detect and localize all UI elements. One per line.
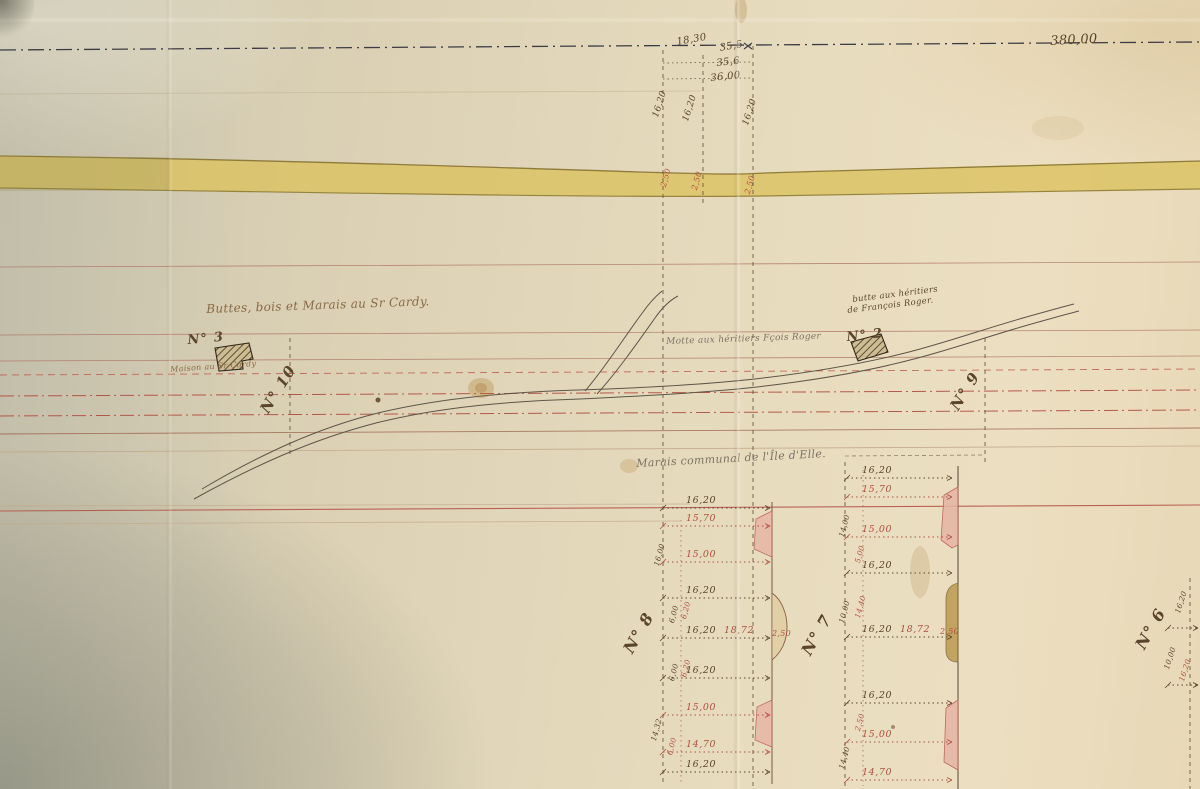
paper-tint-left	[0, 0, 300, 789]
horizontal-rule-lines	[0, 262, 1200, 524]
rung-line	[765, 508, 770, 511]
parcel-no8-label: N° 8	[621, 610, 657, 656]
rung-value: 16,20	[686, 666, 716, 676]
rung-line	[660, 769, 666, 775]
rung-line	[844, 739, 850, 745]
profile2-width: 2,50	[940, 628, 959, 636]
road-band	[0, 156, 1200, 196]
rung-value: 15,00	[686, 550, 716, 560]
rung-value: 16,20	[862, 466, 892, 476]
rung-line	[1193, 685, 1198, 688]
parcel-no3-label: N° 3	[187, 331, 225, 347]
rung-value: 14,70	[862, 768, 892, 778]
rung-line	[1193, 626, 1198, 629]
rung-value: 15,00	[862, 525, 892, 535]
rung-line	[765, 772, 770, 775]
rung-line	[765, 598, 770, 601]
rung-line	[844, 494, 850, 500]
paper-shadow-bottom-left	[0, 380, 560, 789]
rung-value: 18,72	[724, 626, 754, 636]
rung-line	[660, 712, 666, 718]
axis-dim-18-30: 18,30	[676, 33, 707, 48]
band-width-c: 2,50	[744, 175, 757, 195]
rung-line	[765, 678, 770, 681]
rung-line	[765, 715, 770, 718]
label-motte-roger: Motte aux héritiers Fçois Roger	[666, 333, 821, 347]
rung-line	[947, 476, 952, 479]
rung-line	[765, 526, 770, 529]
rung-line	[947, 635, 952, 638]
rung-value: 15,00	[686, 703, 716, 713]
rung-line	[947, 497, 952, 500]
paper-crease-top	[0, 17, 1200, 23]
rung-line	[660, 595, 666, 601]
rung-value: 18,72	[900, 625, 930, 635]
paper-highlight-top-left	[0, 0, 420, 240]
parcel-no6-label: N° 6	[1133, 606, 1169, 652]
paper-corner-shadow	[0, 0, 34, 40]
rung-line	[1193, 628, 1198, 631]
rung-line	[765, 770, 770, 773]
rung-line	[844, 634, 850, 640]
rung-line	[947, 637, 952, 640]
band-width-a: 2,50	[660, 168, 673, 188]
offset-dim-16-20-a: 16,20	[652, 90, 669, 119]
rung-line	[765, 560, 770, 563]
side-dim: 6,20	[680, 659, 692, 678]
rung-line	[1165, 682, 1171, 688]
side-dim: 6,20	[680, 601, 692, 620]
profile-cross-section-shapes	[754, 487, 958, 770]
paper-fold-center	[733, 0, 741, 789]
label-maison-cardy: Maison au Sr Cardy	[170, 360, 257, 374]
rung-value: 15,70	[862, 485, 892, 495]
rung-line	[660, 559, 666, 565]
side-dim: 14,32	[650, 718, 663, 742]
rung-line	[765, 562, 770, 565]
rung-value: 15,00	[862, 730, 892, 740]
rung-line	[844, 570, 850, 576]
rung-line	[844, 534, 850, 540]
side-dim: 16,20	[1174, 590, 1188, 614]
rung-value: 14,70	[686, 740, 716, 750]
parcel-no10-label: N° 10	[258, 363, 299, 416]
rung-line	[765, 636, 770, 639]
profile1-width: 2,50	[772, 630, 791, 638]
rung-value: 15,70	[686, 514, 716, 524]
rung-line	[1165, 625, 1171, 631]
rung-value: 16,20	[686, 586, 716, 596]
survey-axis-line	[0, 42, 1200, 94]
label-buttes-cardy: Buttes, bois et Marais au Sr Cardy.	[206, 295, 430, 315]
label-butte-roger-line2: de François Roger.	[847, 296, 934, 315]
rung-line	[765, 524, 770, 527]
rung-line	[947, 573, 952, 576]
rung-line	[765, 713, 770, 716]
rung-line	[947, 535, 952, 538]
rung-value: 16,20	[686, 496, 716, 506]
rung-line	[947, 742, 952, 745]
rung-line	[660, 523, 666, 529]
parcel-no2-label: N° 2	[846, 327, 884, 344]
vertical-dashed-lines	[290, 46, 1190, 789]
plan-drawing	[0, 0, 1200, 789]
parcel-no9-label: N° 9	[948, 370, 983, 413]
rung-line	[660, 749, 666, 755]
red-dashdot-lines	[0, 369, 1200, 416]
rung-value: 16,20	[862, 691, 892, 701]
rung-line	[765, 638, 770, 641]
rung-line	[660, 675, 666, 681]
rung-line	[844, 700, 850, 706]
rung-line	[844, 777, 850, 783]
offset-dim-16-20-c: 16,20	[742, 98, 759, 127]
building-no2-icon	[851, 334, 888, 361]
rung-line	[947, 495, 952, 498]
axis-dim-35-5: 35,5	[719, 40, 744, 54]
side-dim: 14,40	[838, 746, 851, 770]
rung-line	[947, 571, 952, 574]
band-width-b: 2,50	[691, 171, 704, 191]
paper-stains	[376, 0, 1085, 729]
rung-value: 16,20	[686, 760, 716, 770]
axis-distance-label: 380,00	[1050, 33, 1098, 48]
handwritten-labels-layer: 380,0018,3035,535,636,0016,2016,2016,202…	[0, 0, 1200, 789]
rung-line	[765, 750, 770, 753]
rung-line	[947, 780, 952, 783]
side-dim: 14,40	[854, 595, 867, 619]
side-dim: 6,00	[666, 737, 678, 756]
measurement-rungs	[660, 475, 1198, 783]
side-dim: 16,00	[653, 543, 666, 567]
rung-line	[947, 703, 952, 706]
paper-tint-top-right	[700, 0, 1200, 260]
rung-line	[947, 478, 952, 481]
axis-dim-36-00: 36,00	[710, 71, 741, 84]
rung-value: 16,20	[686, 626, 716, 636]
rung-line	[1193, 683, 1198, 686]
side-dim: 6,00	[668, 663, 680, 682]
side-dim: 6,00	[668, 605, 680, 624]
rung-line	[660, 635, 666, 641]
vertical-solid-lines	[772, 466, 958, 789]
side-dim: 16,20	[1178, 658, 1192, 682]
rung-line	[947, 701, 952, 704]
side-dim: 2,50	[854, 713, 866, 732]
label-butte-roger-line1: butte aux héritiers	[852, 286, 938, 305]
rung-line	[765, 676, 770, 679]
rung-line	[947, 778, 952, 781]
rung-line	[765, 752, 770, 755]
rung-line	[765, 596, 770, 599]
side-dim: 10,00	[838, 600, 851, 624]
parcel-no7-label: N° 7	[799, 612, 835, 658]
offset-dim-16-20-b: 16,20	[682, 94, 699, 123]
scanned-survey-plan: 380,0018,3035,535,636,0016,2016,2016,202…	[0, 0, 1200, 789]
rung-line	[660, 505, 666, 511]
rung-line	[947, 537, 952, 540]
paper-fold-left	[165, 0, 173, 789]
rung-value: 16,20	[862, 561, 892, 571]
side-dim: 14,00	[838, 514, 851, 538]
rung-line	[844, 475, 850, 481]
stream-curves	[194, 291, 1079, 499]
side-dim: 10,00	[1163, 646, 1177, 670]
side-dim: 5,00	[854, 545, 866, 564]
rung-line	[765, 506, 770, 509]
building-no3-icon	[215, 343, 253, 371]
axis-dim-35-6: 35,6	[716, 57, 740, 69]
rung-line	[947, 740, 952, 743]
label-marais-communal: Marais communal de l'Île d'Elle.	[636, 448, 826, 469]
rung-value: 16,20	[862, 625, 892, 635]
